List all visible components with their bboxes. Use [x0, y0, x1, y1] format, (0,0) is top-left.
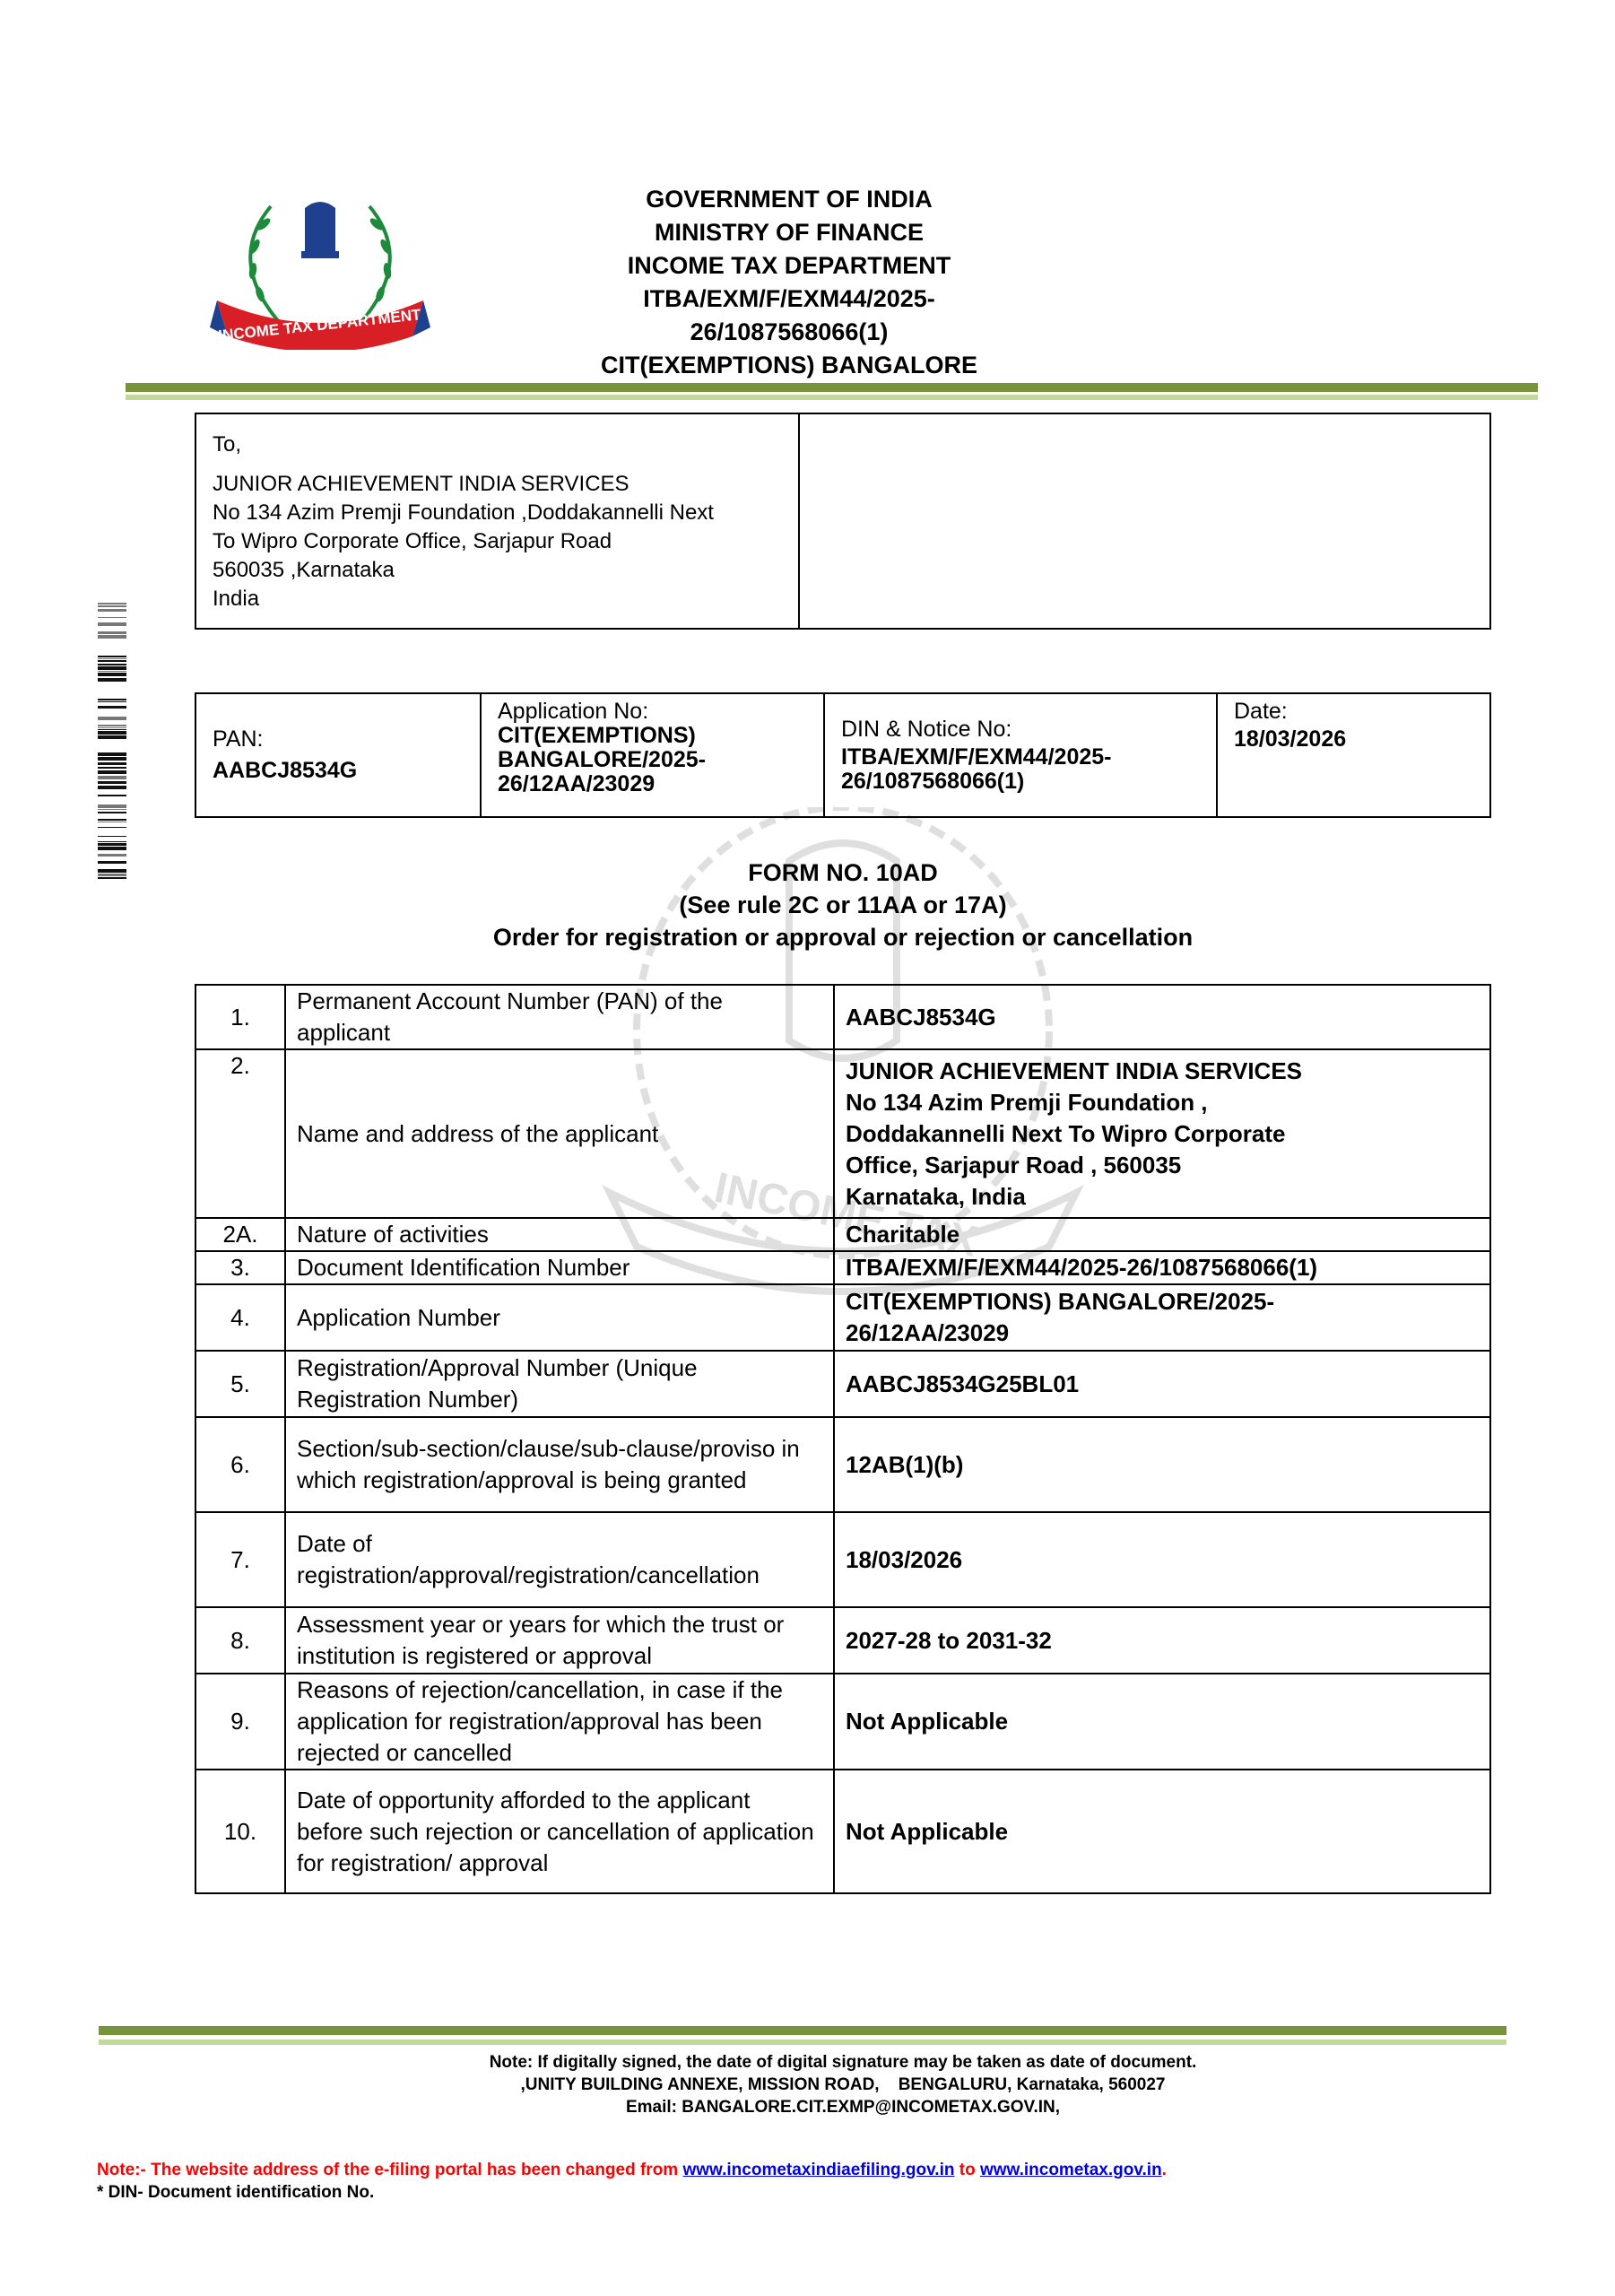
din-cell: DIN & Notice No: ITBA/EXM/F/EXM44/2025- … — [824, 693, 1217, 817]
row-value-line: No 134 Azim Premji Foundation , — [846, 1087, 1479, 1118]
header-divider-light — [126, 395, 1538, 400]
table-row: 6.Section/sub-section/clause/sub-clause/… — [195, 1417, 1490, 1512]
row-value: Not Applicable — [834, 1674, 1490, 1770]
row-value-line: Karnataka, India — [846, 1181, 1479, 1213]
office-email: Email: BANGALORE.CIT.EXMP@INCOMETAX.GOV.… — [195, 2096, 1491, 2118]
addressee-line: JUNIOR ACHIEVEMENT INDIA SERVICES — [213, 470, 798, 499]
pan-cell: PAN: AABCJ8534G — [195, 693, 481, 817]
row-value-line: 18/03/2026 — [846, 1544, 1479, 1576]
row-value-line: AABCJ8534G25BL01 — [846, 1369, 1479, 1400]
office-address: ,UNITY BUILDING ANNEXE, MISSION ROAD, BE… — [195, 2074, 1491, 2096]
row-value: 18/03/2026 — [834, 1512, 1490, 1607]
row-value-line: 26/12AA/23029 — [846, 1318, 1479, 1349]
portal-note-middle: to — [954, 2161, 980, 2179]
portal-note-prefix: Note:- The website address of the e-fili… — [97, 2161, 682, 2179]
letterhead-line: ITBA/EXM/F/EXM44/2025- — [448, 283, 1130, 316]
portal-note-suffix: . — [1162, 2161, 1167, 2179]
addressee-line: 560035 ,Karnataka — [213, 556, 798, 585]
row-number: 6. — [195, 1417, 285, 1512]
row-value-line: Office, Sarjapur Road , 560035 — [846, 1150, 1479, 1181]
table-row: 7.Date of registration/approval/registra… — [195, 1512, 1490, 1607]
row-label: Assessment year or years for which the t… — [285, 1607, 834, 1674]
row-value: CIT(EXEMPTIONS) BANGALORE/2025-26/12AA/2… — [834, 1284, 1490, 1351]
row-label: Section/sub-section/clause/sub-clause/pr… — [285, 1417, 834, 1512]
row-number: 7. — [195, 1512, 285, 1607]
row-value: Not Applicable — [834, 1770, 1490, 1893]
date-cell: Date: 18/03/2026 — [1217, 693, 1490, 817]
row-number: 3. — [195, 1251, 285, 1284]
row-value-line: CIT(EXEMPTIONS) BANGALORE/2025- — [846, 1286, 1479, 1318]
row-value-line: 2027-28 to 2031-32 — [846, 1625, 1479, 1657]
din-value: ITBA/EXM/F/EXM44/2025- — [841, 745, 1200, 770]
pan-label: PAN: — [213, 727, 464, 752]
table-row: 2.Name and address of the applicantJUNIO… — [195, 1049, 1490, 1218]
row-value-line: Not Applicable — [846, 1816, 1479, 1848]
form-subtitle: (See rule 2C or 11AA or 17A) — [195, 889, 1491, 921]
din-value: 26/1087568066(1) — [841, 770, 1200, 794]
application-value: BANGALORE/2025- — [498, 748, 807, 772]
barcode-icon — [98, 603, 126, 879]
row-value-line: Charitable — [846, 1219, 1479, 1250]
row-value: 12AB(1)(b) — [834, 1417, 1490, 1512]
form-title: FORM NO. 10AD — [195, 857, 1491, 889]
row-label: Application Number — [285, 1284, 834, 1351]
letterhead-line: CIT(EXEMPTIONS) BANGALORE — [448, 349, 1130, 382]
row-label: Permanent Account Number (PAN) of the ap… — [285, 985, 834, 1049]
footer-divider-light — [99, 2039, 1506, 2045]
empty-cell — [799, 413, 1490, 629]
table-row: 3.Document Identification NumberITBA/EXM… — [195, 1251, 1490, 1284]
pan-value: AABCJ8534G — [213, 759, 464, 783]
application-value: CIT(EXEMPTIONS) — [498, 724, 807, 748]
form-title-block: FORM NO. 10AD (See rule 2C or 11AA or 17… — [195, 857, 1491, 953]
row-number: 4. — [195, 1284, 285, 1351]
order-details-table: 1.Permanent Account Number (PAN) of the … — [195, 984, 1491, 1894]
letterhead-line: GOVERNMENT OF INDIA — [448, 183, 1130, 216]
row-label: Reasons of rejection/cancellation, in ca… — [285, 1674, 834, 1770]
row-value: 2027-28 to 2031-32 — [834, 1607, 1490, 1674]
row-number: 9. — [195, 1674, 285, 1770]
new-portal-link[interactable]: www.incometax.gov.in — [980, 2161, 1162, 2179]
row-value-line: ITBA/EXM/F/EXM44/2025-26/1087568066(1) — [846, 1252, 1479, 1283]
row-label: Name and address of the applicant — [285, 1049, 834, 1218]
table-row: 4.Application NumberCIT(EXEMPTIONS) BANG… — [195, 1284, 1490, 1351]
letterhead-line: INCOME TAX DEPARTMENT — [448, 249, 1130, 283]
application-value: 26/12AA/23029 — [498, 772, 807, 796]
row-label: Date of opportunity afforded to the appl… — [285, 1770, 834, 1893]
row-number: 10. — [195, 1770, 285, 1893]
row-value-line: 12AB(1)(b) — [846, 1449, 1479, 1481]
addressee-line: To Wipro Corporate Office, Sarjapur Road — [213, 527, 798, 556]
row-value: ITBA/EXM/F/EXM44/2025-26/1087568066(1) — [834, 1251, 1490, 1284]
letterhead-line: MINISTRY OF FINANCE — [448, 216, 1130, 249]
row-number: 8. — [195, 1607, 285, 1674]
row-value-line: JUNIOR ACHIEVEMENT INDIA SERVICES — [846, 1056, 1479, 1087]
letterhead-line: 26/1087568066(1) — [448, 316, 1130, 349]
row-value: AABCJ8534G — [834, 985, 1490, 1049]
row-label: Date of registration/approval/registrati… — [285, 1512, 834, 1607]
din-footnote: * DIN- Document identification No. — [97, 2182, 374, 2204]
addressee-box: To, JUNIOR ACHIEVEMENT INDIA SERVICES No… — [195, 413, 1491, 630]
addressee-cell: To, JUNIOR ACHIEVEMENT INDIA SERVICES No… — [195, 413, 799, 629]
footer-divider — [99, 2026, 1506, 2035]
row-label: Document Identification Number — [285, 1251, 834, 1284]
header-divider — [126, 383, 1538, 392]
din-label: DIN & Notice No: — [841, 717, 1200, 742]
row-value: Charitable — [834, 1218, 1490, 1251]
application-label: Application No: — [498, 700, 807, 724]
row-value-line: AABCJ8534G — [846, 1002, 1479, 1033]
row-number: 2. — [195, 1049, 285, 1218]
row-number: 1. — [195, 985, 285, 1049]
date-value: 18/03/2026 — [1234, 727, 1473, 752]
date-label: Date: — [1234, 700, 1473, 724]
row-value-line: Doddakannelli Next To Wipro Corporate — [846, 1118, 1479, 1150]
summary-box: PAN: AABCJ8534G Application No: CIT(EXEM… — [195, 692, 1491, 818]
table-row: 10.Date of opportunity afforded to the a… — [195, 1770, 1490, 1893]
footer-info: Note: If digitally signed, the date of d… — [195, 2051, 1491, 2118]
table-row: 9.Reasons of rejection/cancellation, in … — [195, 1674, 1490, 1770]
signature-note: Note: If digitally signed, the date of d… — [195, 2051, 1491, 2074]
row-value: JUNIOR ACHIEVEMENT INDIA SERVICESNo 134 … — [834, 1049, 1490, 1218]
table-row: 2A.Nature of activitiesCharitable — [195, 1218, 1490, 1251]
row-number: 5. — [195, 1351, 285, 1417]
row-number: 2A. — [195, 1218, 285, 1251]
to-label: To, — [213, 430, 798, 459]
letterhead: GOVERNMENT OF INDIA MINISTRY OF FINANCE … — [448, 183, 1130, 382]
table-row: 8.Assessment year or years for which the… — [195, 1607, 1490, 1674]
table-row: 1.Permanent Account Number (PAN) of the … — [195, 985, 1490, 1049]
addressee-line: India — [213, 585, 798, 613]
row-label: Registration/Approval Number (Unique Reg… — [285, 1351, 834, 1417]
old-portal-link[interactable]: www.incometaxindiaefiling.gov.in — [682, 2161, 954, 2179]
portal-change-note: Note:- The website address of the e-fili… — [97, 2160, 1167, 2181]
addressee-line: No 134 Azim Premji Foundation ,Doddakann… — [213, 499, 798, 527]
row-value: AABCJ8534G25BL01 — [834, 1351, 1490, 1417]
table-row: 5.Registration/Approval Number (Unique R… — [195, 1351, 1490, 1417]
row-label: Nature of activities — [285, 1218, 834, 1251]
application-cell: Application No: CIT(EXEMPTIONS) BANGALOR… — [481, 693, 824, 817]
form-heading: Order for registration or approval or re… — [195, 921, 1491, 953]
row-value-line: Not Applicable — [846, 1706, 1479, 1737]
income-tax-department-emblem-icon: INCOME TAX DEPARTMENT — [208, 188, 432, 350]
